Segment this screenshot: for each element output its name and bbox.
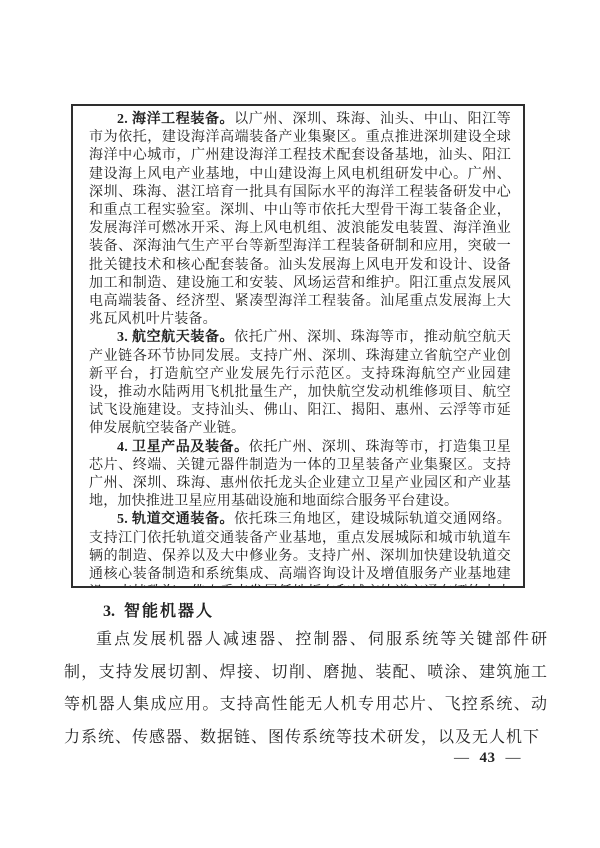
document-page: 2. 海洋工程装备。以广州、深圳、珠海、汕头、中山、阳江等市为依托，建设海洋高端… <box>0 0 600 848</box>
boxed-paragraph: 5. 轨道交通装备。依托珠三角地区，建设城际轨道交通网络。支持江门依托轨道交通装… <box>89 511 511 588</box>
paragraph-label: 4. 卫星产品及装备。 <box>117 440 249 455</box>
boxed-paragraph: 4. 卫星产品及装备。依托广州、深圳、珠海等市，打造集卫星芯片、终端、关键元器件… <box>89 439 511 512</box>
page-number-value: 43 <box>480 750 496 766</box>
paragraph-label: 5. 轨道交通装备。 <box>117 512 234 527</box>
body-paragraph: 重点发展机器人减速器、控制器、伺服系统等关键部件研制，支持发展切割、焊接、切削、… <box>64 624 548 754</box>
page-number-dash-left: — <box>454 750 470 766</box>
paragraph-label: 2. 海洋工程装备。 <box>117 112 234 127</box>
paragraph-text: 以广州、深圳、珠海、汕头、中山、阳江等市为依托，建设海洋高端装备产业集聚区。重点… <box>89 112 511 327</box>
heading-number: 3. <box>103 603 115 620</box>
page-number: —43— <box>454 750 521 767</box>
paragraph-text: 依托广州、深圳、珠海等市，推动航空航天产业链各环节协同发展。支持广州、深圳、珠海… <box>89 330 511 436</box>
heading-title: 智能机器人 <box>124 603 214 620</box>
boxed-paragraph: 3. 航空航天装备。依托广州、深圳、珠海等市，推动航空航天产业链各环节协同发展。… <box>89 329 511 438</box>
page-number-dash-right: — <box>506 750 522 766</box>
boxed-section: 2. 海洋工程装备。以广州、深圳、珠海、汕头、中山、阳江等市为依托，建设海洋高端… <box>71 104 525 588</box>
boxed-paragraph: 2. 海洋工程装备。以广州、深圳、珠海、汕头、中山、阳江等市为依托，建设海洋高端… <box>89 111 511 329</box>
paragraph-label: 3. 航空航天装备。 <box>117 330 234 345</box>
section-heading: 3.智能机器人 <box>103 598 214 621</box>
